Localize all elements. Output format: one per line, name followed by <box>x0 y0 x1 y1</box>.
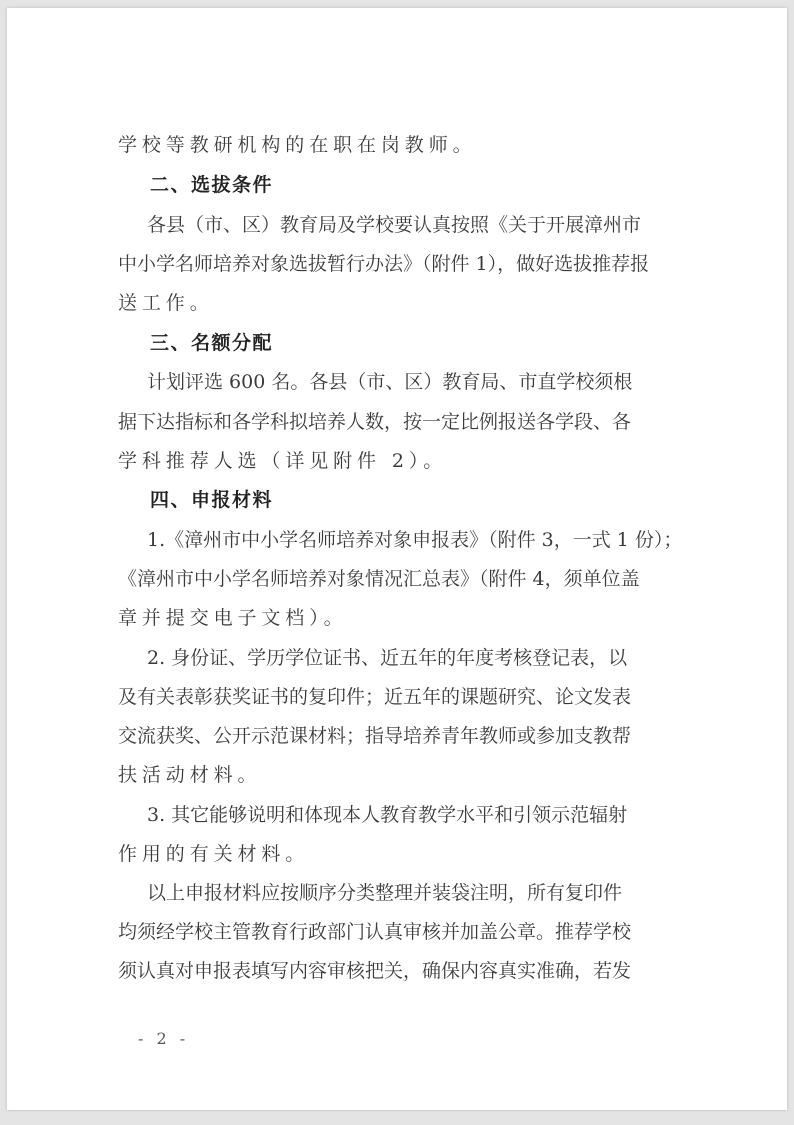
paragraph-line: 须认真对申报表填写内容审核把关，确保内容真实准确，若发 <box>118 958 692 984</box>
paragraph-line: 据下达指标和各学科拟培养人数，按一定比例报送各学段、各 <box>118 409 692 435</box>
paragraph-line: 《漳州市中小学名师培养对象情况汇总表》（附件 4，须单位盖 <box>118 566 692 592</box>
document-page: 学校等教研机构的在职在岗教师。二、选拔条件各县（市、区）教育局及学校要认真按照《… <box>7 8 787 1110</box>
section-heading: 三、名额分配 <box>150 330 724 356</box>
paragraph-line: 均须经学校主管教育行政部门认真审核并加盖公章。推荐学校 <box>118 919 692 945</box>
paragraph-line: 交流获奖、公开示范课材料；指导培养青年教师或参加支教帮 <box>118 723 692 749</box>
section-heading: 四、申报材料 <box>150 487 724 513</box>
paragraph-line: 作用的有关材料。 <box>118 841 692 867</box>
paragraph-line: 计划评选 600 名。各县（市、区）教育局、市直学校须根 <box>147 369 721 395</box>
paragraph-line: 及有关表彰获奖证书的复印件；近五年的课题研究、论文发表 <box>118 684 692 710</box>
paragraph-line: 学科推荐人选（详见附件 2）。 <box>118 448 692 474</box>
paragraph-line: 2. 身份证、学历学位证书、近五年的年度考核登记表，以 <box>147 645 721 671</box>
paragraph-line: 1.《漳州市中小学名师培养对象申报表》（附件 3，一式 1 份）； <box>147 527 721 553</box>
section-heading: 二、选拔条件 <box>150 172 724 198</box>
paragraph-line: 学校等教研机构的在职在岗教师。 <box>118 132 692 158</box>
paragraph-line: 以上申报材料应按顺序分类整理并装袋注明，所有复印件 <box>147 880 721 906</box>
page-number: - 2 - <box>138 1029 189 1048</box>
paragraph-line: 送工作。 <box>118 290 692 316</box>
paragraph-line: 各县（市、区）教育局及学校要认真按照《关于开展漳州市 <box>147 212 721 238</box>
paragraph-line: 3. 其它能够说明和体现本人教育教学水平和引领示范辐射 <box>147 802 721 828</box>
paragraph-line: 中小学名师培养对象选拔暂行办法》（附件 1），做好选拔推荐报 <box>118 251 692 277</box>
paragraph-line: 章并提交电子文档）。 <box>118 605 692 631</box>
paragraph-line: 扶活动材料。 <box>118 762 692 788</box>
